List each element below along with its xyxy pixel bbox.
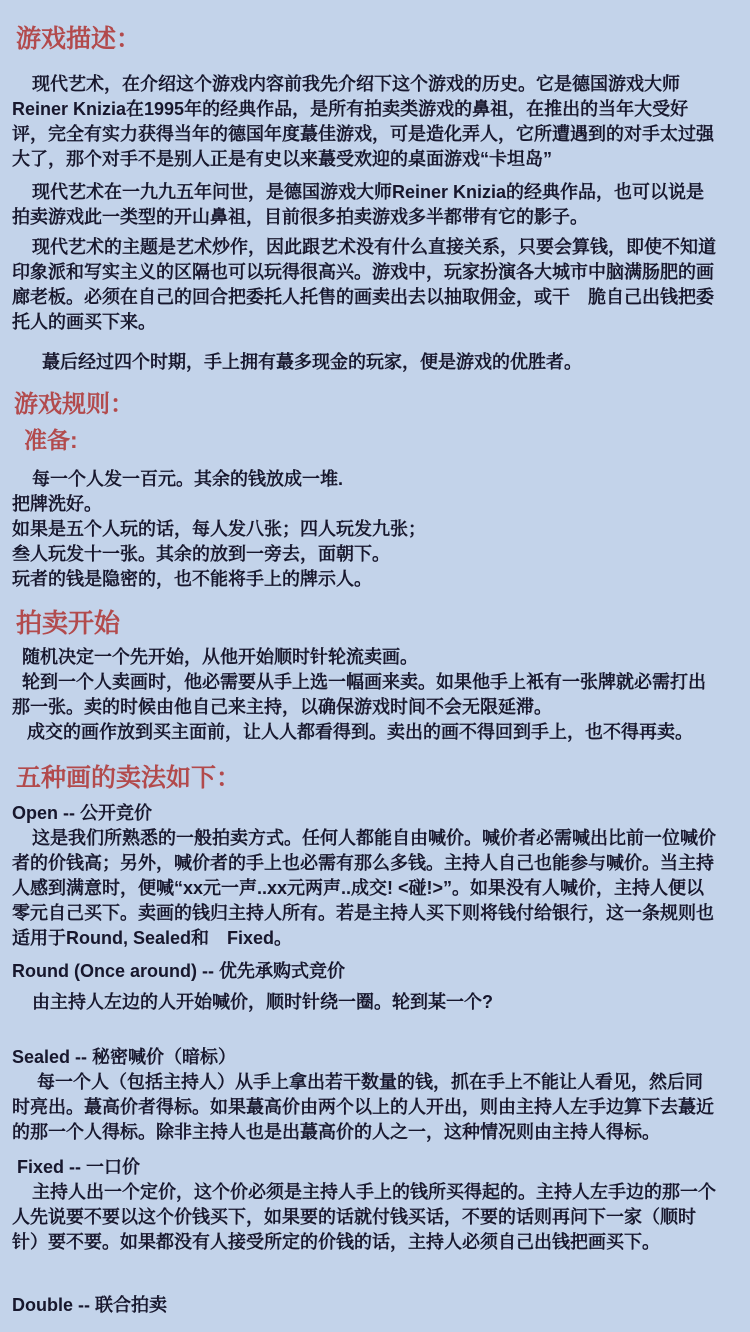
- sale-methods-heading: 五种画的卖法如下：: [16, 761, 716, 795]
- method-fixed-body: 主持人出一个定价，这个价必须是主持人手上的钱所买得起的。主持人左手边的那一个人先…: [12, 1180, 716, 1255]
- game-description-heading: 游戏描述：: [16, 22, 716, 56]
- description-paragraph-history: 现代艺术，在介绍这个游戏内容前我先介绍下这个游戏的历史。它是德国游戏大师Rein…: [12, 72, 716, 172]
- preparation-heading: 准备:: [24, 425, 716, 455]
- method-open-body: 这是我们所熟悉的一般拍卖方式。任何人都能自由喊价。喊价者必需喊出比前一位喊价者的…: [12, 826, 716, 951]
- description-paragraph-victory: 蕞后经过四个时期，手上拥有蕞多现金的玩家，便是游戏的优胜者。: [12, 350, 716, 375]
- description-paragraph-theme: 现代艺术的主题是艺术炒作，因此跟艺术没有什么直接关系，只要会算钱，即使不知道印象…: [12, 235, 716, 335]
- method-fixed-label: Fixed -- 一口价: [12, 1155, 716, 1180]
- method-double-label: Double -- 联合拍卖: [12, 1293, 716, 1318]
- method-sealed-label: Sealed -- 秘密喊价（暗标）: [12, 1045, 716, 1070]
- auction-start-heading: 拍卖开始: [16, 606, 716, 640]
- rules-document: 游戏描述： 现代艺术，在介绍这个游戏内容前我先介绍下这个游戏的历史。它是德国游戏…: [0, 0, 750, 1332]
- preparation-lines: 每一个人发一百元。其余的钱放成一堆. 把牌洗好。 如果是五个人玩的话，每人发八张…: [12, 467, 716, 592]
- method-round-label: Round (Once around) -- 优先承购式竞价: [12, 959, 716, 984]
- method-open-label: Open -- 公开竞价: [12, 801, 716, 826]
- auction-start-lines: 随机决定一个先开始，从他开始顺时针轮流卖画。 轮到一个人卖画时，他必需要从手上选…: [12, 645, 716, 745]
- game-rules-heading: 游戏规则：: [14, 389, 716, 421]
- description-paragraph-origin: 现代艺术在一九九五年问世，是德国游戏大师Reiner Knizia的经典作品，也…: [12, 180, 716, 230]
- method-round-body: 由主持人左边的人开始喊价，顺时针绕一圈。轮到某一个?: [12, 990, 716, 1015]
- method-sealed-body: 每一个人（包括主持人）从手上拿出若干数量的钱，抓在手上不能让人看见，然后同时亮出…: [12, 1070, 716, 1145]
